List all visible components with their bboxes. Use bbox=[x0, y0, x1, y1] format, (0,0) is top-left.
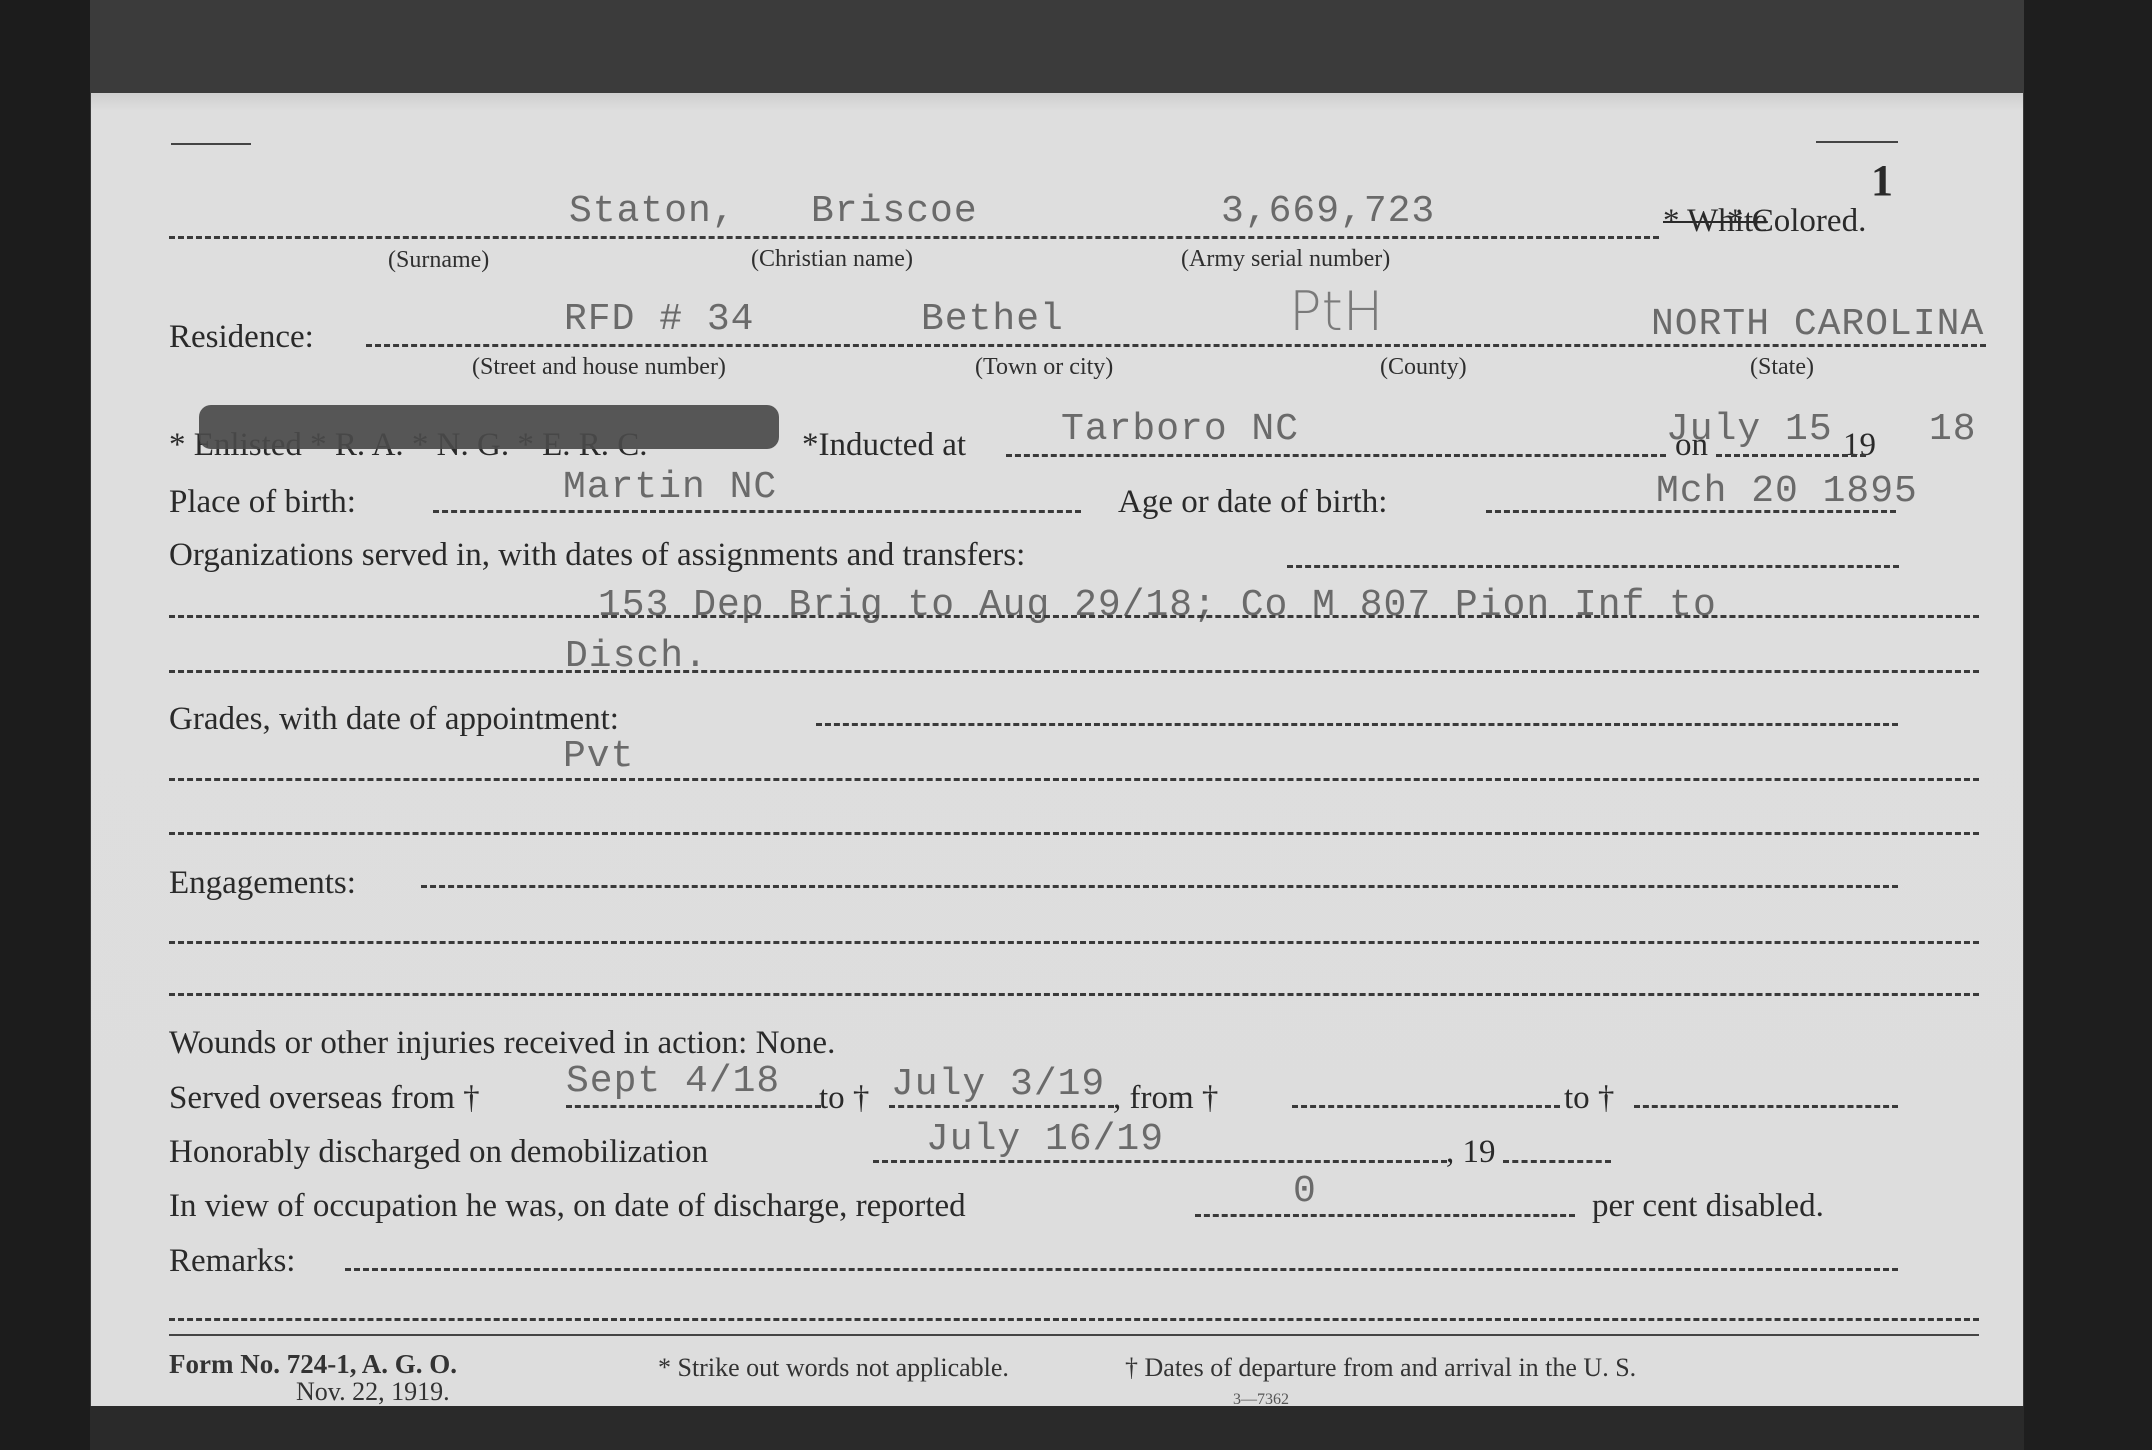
residence-street-value: RFD # 34 bbox=[564, 301, 754, 339]
overseas-to2-line bbox=[1634, 1105, 1898, 1108]
form-date: Nov. 22, 1919. bbox=[296, 1379, 450, 1405]
card-number: 1 bbox=[1871, 155, 1893, 206]
county-label: (County) bbox=[1380, 355, 1467, 379]
discharge-year-label: , 19 bbox=[1446, 1136, 1496, 1169]
remarks-line-1 bbox=[169, 1318, 1979, 1321]
wounds-value: None. bbox=[756, 1025, 836, 1061]
discharge-date-line bbox=[873, 1160, 1447, 1163]
organizations-line-0 bbox=[1287, 565, 1899, 568]
christian-name-value: Briscoe bbox=[811, 193, 978, 231]
residence-county-value: PtH bbox=[1289, 285, 1383, 339]
disability-suffix: per cent disabled. bbox=[1592, 1190, 1824, 1223]
discharge-label: Honorably discharged on demobilization bbox=[169, 1136, 708, 1169]
disability-label: In view of occupation he was, on date of… bbox=[169, 1190, 966, 1223]
organizations-label: Organizations served in, with dates of a… bbox=[169, 539, 1025, 572]
overseas-to-line bbox=[889, 1105, 1114, 1108]
place-of-birth-line bbox=[433, 510, 1081, 513]
serial-number-label: (Army serial number) bbox=[1181, 247, 1390, 271]
organizations-line-1-rule bbox=[169, 615, 1979, 618]
inducted-place-value: Tarboro NC bbox=[1061, 411, 1299, 449]
residence-line bbox=[366, 344, 1986, 347]
remarks-line-0 bbox=[345, 1268, 1898, 1271]
print-code: 3—7362 bbox=[1233, 1391, 1289, 1409]
overseas-from2-label: , from † bbox=[1113, 1082, 1218, 1115]
inducted-at-label: *Inducted at bbox=[802, 429, 966, 462]
grades-line-1 bbox=[169, 778, 1979, 781]
induction-date-value: July 15 bbox=[1666, 411, 1833, 449]
induction-year-value: 18 bbox=[1929, 411, 1977, 449]
overseas-to-value: July 3/19 bbox=[891, 1066, 1105, 1104]
discharge-year-line bbox=[1503, 1160, 1611, 1163]
residence-label: Residence: bbox=[169, 321, 314, 354]
street-label: (Street and house number) bbox=[472, 355, 726, 379]
residence-state-value: NORTH CAROLINA bbox=[1651, 306, 1984, 344]
disability-line bbox=[1195, 1214, 1575, 1217]
footer-rule bbox=[169, 1334, 1979, 1336]
christian-name-label: (Christian name) bbox=[751, 247, 913, 271]
grades-line-2 bbox=[169, 832, 1979, 835]
induction-date-line bbox=[1716, 454, 1866, 457]
surname-value: Staton, bbox=[569, 193, 736, 231]
service-record-card: 1 Staton, Briscoe 3,669,723 * White * Co… bbox=[91, 93, 2023, 1406]
engagements-line-1 bbox=[169, 941, 1979, 944]
inducted-place-line bbox=[1006, 454, 1666, 457]
grades-label: Grades, with date of appointment: bbox=[169, 703, 619, 736]
grades-value: Pvt bbox=[563, 738, 634, 776]
overseas-label: Served overseas from † bbox=[169, 1082, 480, 1115]
scanner-edge-bottom bbox=[90, 1406, 2024, 1450]
state-label: (State) bbox=[1750, 355, 1814, 379]
overseas-to-label: to † bbox=[819, 1082, 869, 1115]
redaction-strike bbox=[199, 405, 779, 449]
engagements-line-2 bbox=[169, 993, 1979, 996]
remarks-label: Remarks: bbox=[169, 1245, 295, 1278]
engagements-label: Engagements: bbox=[169, 867, 356, 900]
name-line bbox=[169, 236, 1659, 239]
organizations-line-2-rule bbox=[169, 670, 1979, 673]
residence-town-value: Bethel bbox=[921, 301, 1064, 339]
wounds-row: Wounds or other injuries received in act… bbox=[169, 1027, 835, 1060]
date-of-birth-line bbox=[1486, 510, 1896, 513]
disability-value: 0 bbox=[1293, 1173, 1317, 1211]
scanner-edge-right bbox=[2024, 0, 2152, 1450]
place-of-birth-value: Martin NC bbox=[563, 469, 777, 507]
form-number: Form No. 724-1, A. G. O. bbox=[169, 1351, 457, 1378]
date-of-birth-value: Mch 20 1895 bbox=[1656, 473, 1918, 511]
strike-note: * Strike out words not applicable. bbox=[658, 1355, 1009, 1381]
scanner-edge-left bbox=[0, 0, 90, 1450]
date-of-birth-label: Age or date of birth: bbox=[1118, 486, 1387, 519]
serial-number-value: 3,669,723 bbox=[1221, 193, 1435, 231]
top-right-rule bbox=[1816, 141, 1898, 143]
top-left-rule bbox=[171, 143, 251, 145]
induction-year-prefix: 19 bbox=[1843, 429, 1876, 462]
discharge-date-value: July 16/19 bbox=[926, 1121, 1164, 1159]
grades-line-0 bbox=[816, 723, 1898, 726]
place-of-birth-label: Place of birth: bbox=[169, 486, 356, 519]
engagements-line-0 bbox=[421, 885, 1898, 888]
overseas-from-value: Sept 4/18 bbox=[566, 1063, 780, 1101]
race-colored: * Colored. bbox=[1727, 205, 1866, 238]
town-label: (Town or city) bbox=[975, 355, 1113, 379]
surname-label: (Surname) bbox=[388, 248, 489, 272]
organizations-line-1: 153 Dep Brig to Aug 29/18; Co M 807 Pion… bbox=[598, 587, 1717, 625]
overseas-to2-label: to † bbox=[1564, 1082, 1614, 1115]
overseas-from2-line bbox=[1292, 1105, 1560, 1108]
dates-note: † Dates of departure from and arrival in… bbox=[1125, 1355, 1636, 1381]
overseas-from-line bbox=[566, 1105, 821, 1108]
